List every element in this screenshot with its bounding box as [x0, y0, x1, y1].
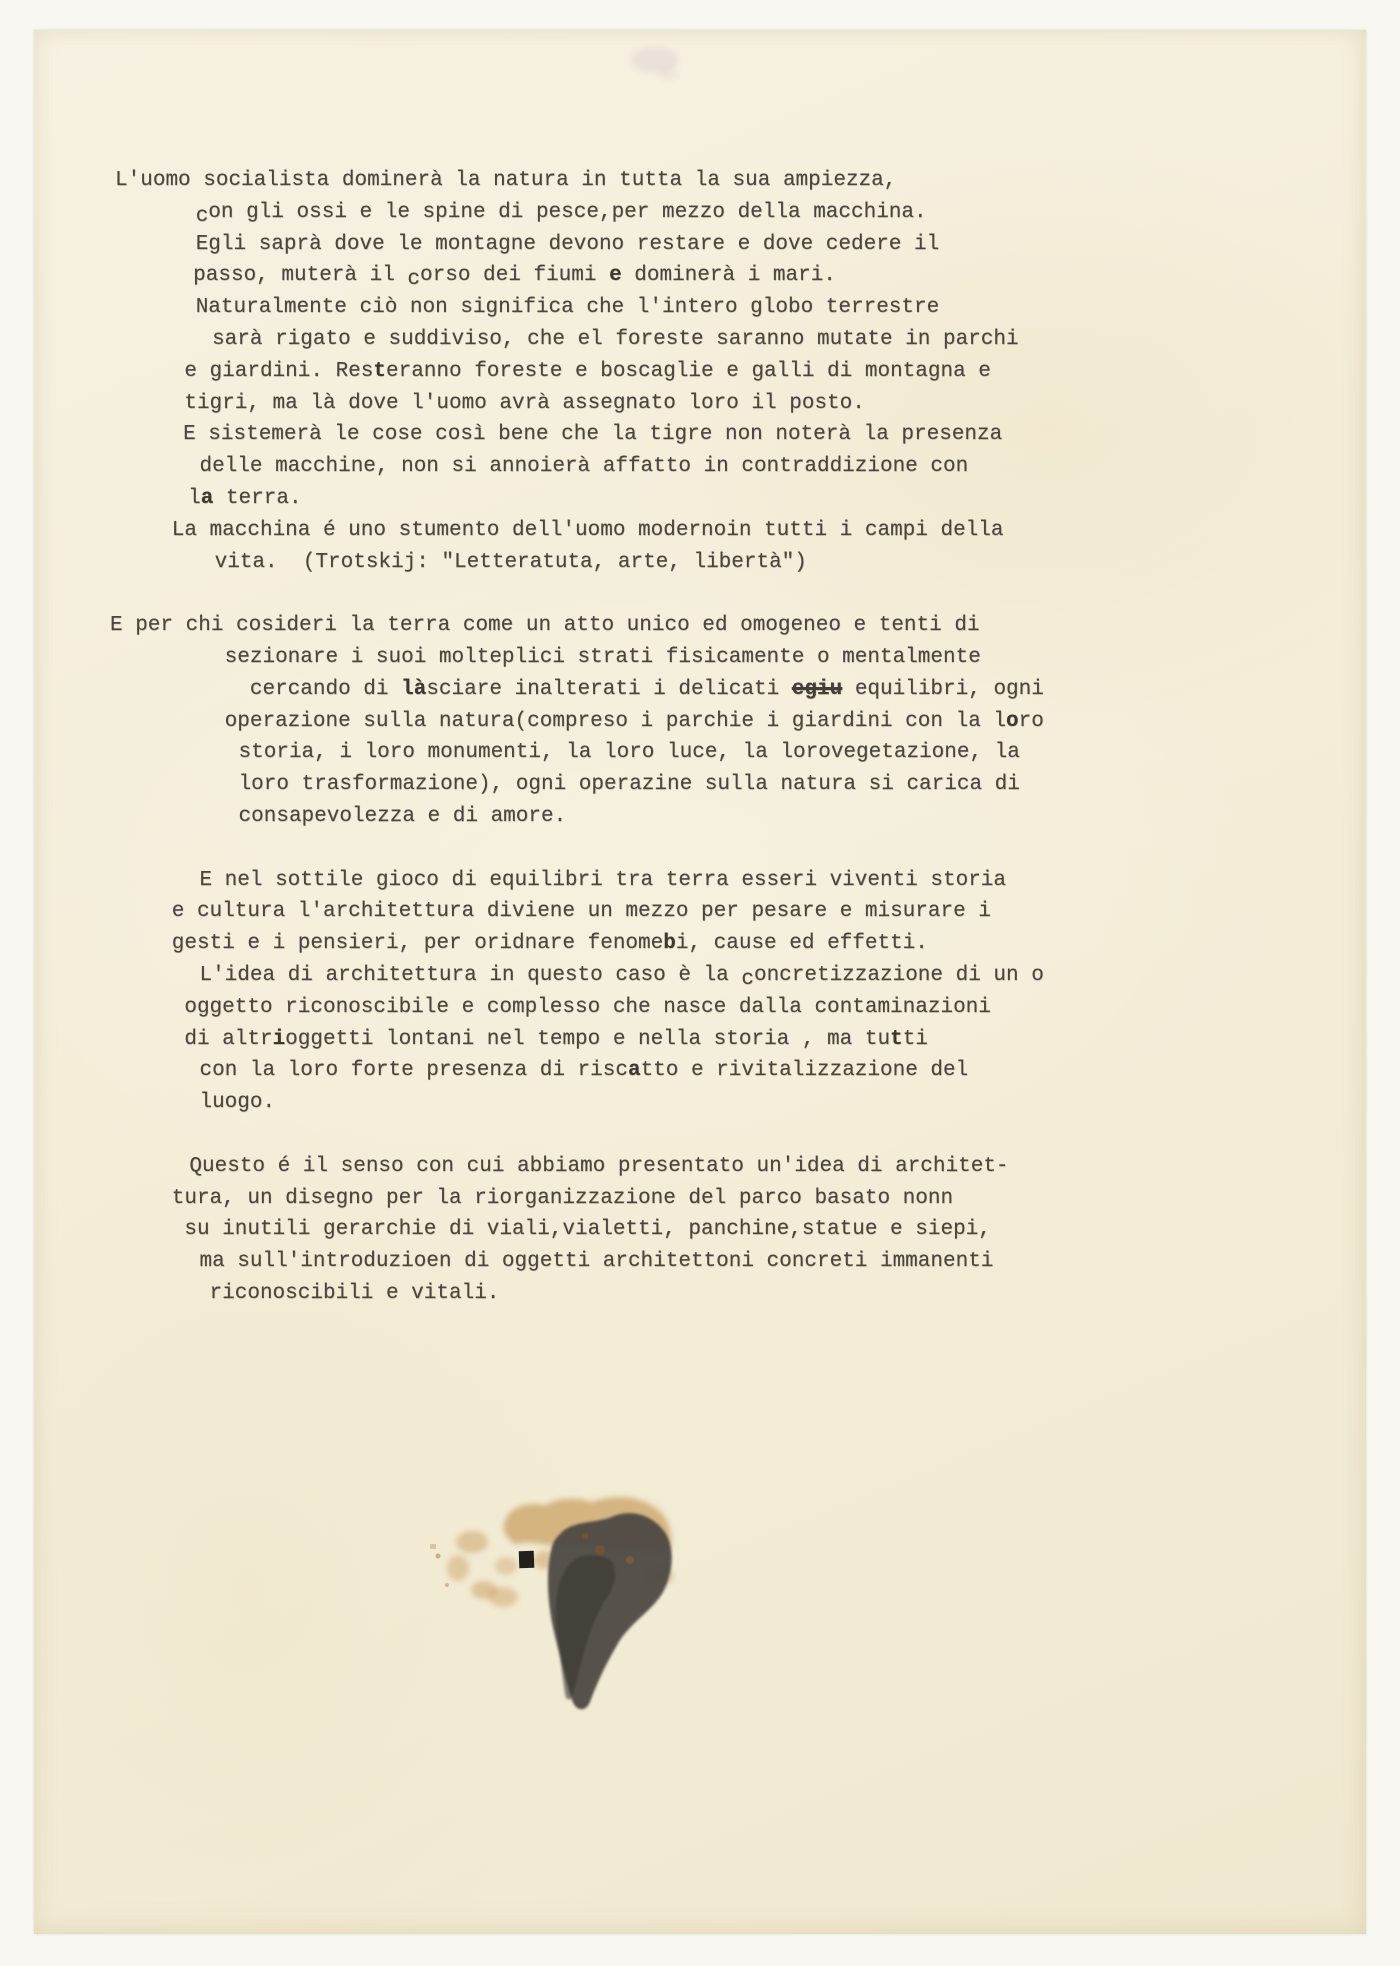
- typewritten-line: riconoscibili e vitali.: [110, 1278, 1290, 1310]
- typewritten-line: Naturalmente ciò non significa che l'int…: [110, 292, 1290, 324]
- typewritten-line: su inutili gerarchie di viali,vialetti, …: [110, 1214, 1290, 1246]
- overstruck-text: c: [196, 205, 209, 228]
- typewritten-line: E per chi cosideri la terra come un atto…: [110, 610, 1290, 642]
- line-text: dominerà i mari.: [622, 264, 836, 287]
- line-text: passo, muterà il: [193, 264, 407, 287]
- line-text: i, cause ed effetti.: [676, 932, 928, 955]
- typewritten-line: passo, muterà il corso dei fiumi e domin…: [110, 260, 1290, 292]
- line-text: ma sull'introduzioen di oggetti architet…: [199, 1250, 993, 1273]
- line-text: L'idea di architettura in questo caso è …: [199, 964, 741, 987]
- photographed-document: L'uomo socialista dominerà la natura in …: [0, 0, 1400, 1966]
- overstruck-text: a: [628, 1059, 641, 1082]
- line-text: L'uomo socialista dominerà la natura in …: [115, 169, 896, 192]
- line-text: Egli saprà dove le montagne devono resta…: [196, 233, 940, 256]
- line-text: terra.: [213, 487, 301, 510]
- line-text: di altr: [184, 1028, 272, 1051]
- paragraph: Questo é il senso con cui abbiamo presen…: [110, 1151, 1290, 1310]
- overstruck-text: t: [890, 1028, 903, 1051]
- line-text: con la loro forte presenza di risc: [199, 1059, 627, 1082]
- line-text: operazione sulla natura(compreso i parch…: [225, 710, 1006, 733]
- typewritten-line: Egli saprà dove le montagne devono resta…: [110, 229, 1290, 261]
- typewritten-line: tura, un disegno per la riorganizzazione…: [110, 1183, 1290, 1215]
- line-text: orso dei fiumi: [420, 264, 609, 287]
- line-text: gesti e i pensieri, per oridnare fenome: [172, 932, 663, 955]
- line-text: Questo é il senso con cui abbiamo presen…: [189, 1155, 1008, 1178]
- typewritten-line: con gli ossi e le spine di pesce,per mez…: [110, 197, 1290, 229]
- line-text: e giardini. Res: [184, 360, 373, 383]
- line-text: tura, un disegno per la riorganizzazione…: [172, 1187, 953, 1210]
- line-text: consapevolezza e di amore.: [239, 805, 567, 828]
- overstruck-text: c: [407, 268, 420, 291]
- overstruck-text: c: [741, 968, 754, 991]
- line-text: vita. (Trotskij: "Letteratuta, arte, lib…: [215, 551, 807, 574]
- line-text: on gli ossi e le spine di pesce,per mezz…: [208, 201, 926, 224]
- typewritten-line: L'idea di architettura in questo caso è …: [110, 960, 1290, 992]
- line-text: tigri, ma là dove l'uomo avrà assegnato …: [184, 392, 865, 415]
- typewritten-line: Questo é il senso con cui abbiamo presen…: [110, 1151, 1290, 1183]
- line-text: eranno foreste e boscaglie e galli di mo…: [386, 360, 991, 383]
- line-text: sciare inalterati i delicati: [426, 678, 791, 701]
- text-block: L'uomo socialista dominerà la natura in …: [110, 165, 1290, 1310]
- typewritten-line: loro trasformazione), ogni operazine sul…: [110, 769, 1290, 801]
- typewritten-line: ma sull'introduzioen di oggetti architet…: [110, 1246, 1290, 1278]
- paragraph: E per chi cosideri la terra come un atto…: [110, 610, 1290, 833]
- line-text: riconoscibili e vitali.: [210, 1282, 500, 1305]
- typewritten-line: L'uomo socialista dominerà la natura in …: [110, 165, 1290, 197]
- paragraph: L'uomo socialista dominerà la natura in …: [110, 165, 1290, 578]
- line-text: oggetto riconoscibile e complesso che na…: [184, 996, 991, 1019]
- overstruck-text: egiu: [792, 678, 842, 701]
- line-text: luogo.: [199, 1091, 275, 1114]
- typewritten-line: oggetto riconoscibile e complesso che na…: [110, 992, 1290, 1024]
- typewritten-line: vita. (Trotskij: "Letteratuta, arte, lib…: [110, 547, 1290, 579]
- line-text: La macchina é uno stumento dell'uomo mod…: [172, 519, 1004, 542]
- line-text: l: [188, 487, 201, 510]
- overstruck-text: t: [373, 360, 386, 383]
- line-text: E per chi cosideri la terra come un atto…: [110, 614, 980, 637]
- line-text: E sistemerà le cose così bene che la tig…: [183, 423, 1002, 446]
- line-text: cercando di: [250, 678, 401, 701]
- line-text: e cultura l'architettura diviene un mezz…: [172, 900, 991, 923]
- overstruck-text: là: [401, 678, 426, 701]
- typewritten-line: storia, i loro monumenti, la loro luce, …: [110, 737, 1290, 769]
- typewritten-line: con la loro forte presenza di riscatto e…: [110, 1055, 1290, 1087]
- overstruck-text: a: [201, 487, 214, 510]
- typewritten-line: delle macchine, non si annoierà affatto …: [110, 451, 1290, 483]
- typewritten-line: sarà rigato e suddiviso, che el foreste …: [110, 324, 1290, 356]
- line-text: delle macchine, non si annoierà affatto …: [199, 455, 968, 478]
- typewritten-line: luogo.: [110, 1087, 1290, 1119]
- overstruck-text: i: [273, 1028, 286, 1051]
- line-text: oncretizzazione di un o: [754, 964, 1044, 987]
- typewritten-line: sezionare i suoi molteplici strati fisic…: [110, 642, 1290, 674]
- line-text: ro: [1019, 710, 1044, 733]
- typewritten-line: e giardini. Resteranno foreste e boscagl…: [110, 356, 1290, 388]
- typewritten-line: La macchina é uno stumento dell'uomo mod…: [110, 515, 1290, 547]
- typewritten-line: tigri, ma là dove l'uomo avrà assegnato …: [110, 388, 1290, 420]
- typewritten-line: E nel sottile gioco di equilibri tra ter…: [110, 865, 1290, 897]
- line-text: su inutili gerarchie di viali,vialetti, …: [184, 1218, 991, 1241]
- line-text: sezionare i suoi molteplici strati fisic…: [225, 646, 981, 669]
- typewritten-line: E sistemerà le cose così bene che la tig…: [110, 419, 1290, 451]
- typewritten-line: consapevolezza e di amore.: [110, 801, 1290, 833]
- typewritten-line: la terra.: [110, 483, 1290, 515]
- line-text: loro trasformazione), ogni operazine sul…: [239, 773, 1020, 796]
- line-text: equilibri, ogni: [842, 678, 1044, 701]
- line-text: ti: [903, 1028, 928, 1051]
- line-text: E nel sottile gioco di equilibri tra ter…: [199, 869, 1006, 892]
- typewritten-line: di altrioggetti lontani nel tempo e nell…: [110, 1024, 1290, 1056]
- typewritten-line: cercando di làsciare inalterati i delica…: [110, 674, 1290, 706]
- typewritten-line: gesti e i pensieri, per oridnare fenomeb…: [110, 928, 1290, 960]
- line-text: sarà rigato e suddiviso, che el foreste …: [212, 328, 1019, 351]
- line-text: oggetti lontani nel tempo e nella storia…: [285, 1028, 890, 1051]
- typewritten-line: e cultura l'architettura diviene un mezz…: [110, 896, 1290, 928]
- overstruck-text: e: [609, 264, 622, 287]
- line-text: Naturalmente ciò non significa che l'int…: [196, 296, 940, 319]
- line-text: tto e rivitalizzazione del: [641, 1059, 969, 1082]
- overstruck-text: o: [1006, 710, 1019, 733]
- paragraph: E nel sottile gioco di equilibri tra ter…: [110, 865, 1290, 1119]
- overstruck-text: b: [663, 932, 676, 955]
- typewritten-line: operazione sulla natura(compreso i parch…: [110, 706, 1290, 738]
- line-text: storia, i loro monumenti, la loro luce, …: [239, 741, 1020, 764]
